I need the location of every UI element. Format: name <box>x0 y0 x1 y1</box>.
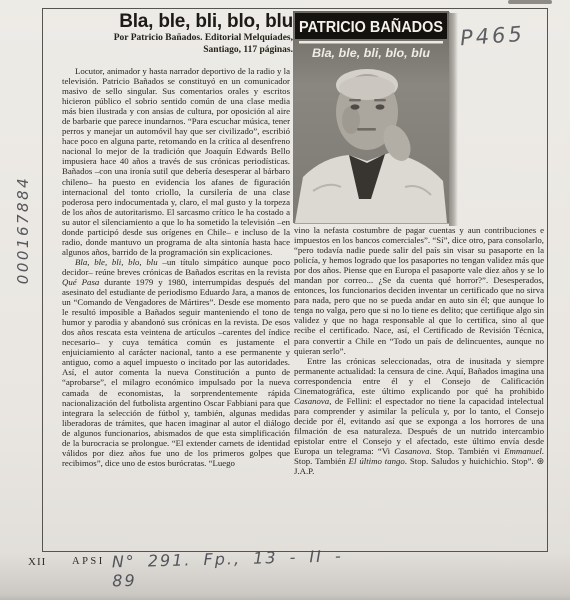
paragraph: Entre las crónicas seleccionadas, otra d… <box>294 356 544 477</box>
article-column-left: Locutor, animador y hasta narrador depor… <box>62 66 290 468</box>
cover-rule <box>299 41 443 44</box>
catalog-number-annotation: 000167884 <box>14 151 30 309</box>
byline-line-2: Santiago, 117 páginas. <box>63 45 293 57</box>
byline-line-1: Por Patricio Bañados. Editorial Melquiad… <box>63 33 293 45</box>
article-header: Bla, ble, bli, blo, blu Por Patricio Bañ… <box>63 11 295 56</box>
code-annotation: P465 <box>459 22 525 50</box>
paragraph: vino la nefasta costumbre de pagar cuent… <box>294 225 544 356</box>
article-border-box: Bla, ble, bli, blo, blu Por Patricio Bañ… <box>42 8 548 552</box>
portrait-photo: PATRICIO BAÑADOS Bla, ble, bli, blo, blu <box>293 11 449 223</box>
article-byline: Por Patricio Bañados. Editorial Melquiad… <box>63 33 295 56</box>
page-number-roman: XII <box>28 556 46 568</box>
article-title: Bla, ble, bli, blo, blu <box>63 11 295 32</box>
paragraph: Locutor, animador y hasta narrador depor… <box>62 66 290 257</box>
cover-caption: Bla, ble, bli, blo, blu <box>312 48 430 60</box>
book-cover-photo: PATRICIO BAÑADOS Bla, ble, bli, blo, blu <box>293 11 449 223</box>
cover-banner-title: PATRICIO BAÑADOS <box>299 18 443 36</box>
article-column-right: vino la nefasta costumbre de pagar cuent… <box>294 225 544 476</box>
scan-artifact <box>508 0 552 4</box>
photo-cut-edge <box>449 13 458 226</box>
issue-date-annotation: N° 291. Fp., 13 - II - 89 <box>112 546 373 591</box>
publication-name: APSI <box>72 556 105 567</box>
paragraph: Bla, ble, bli, blo, blu –un título simpá… <box>62 257 290 468</box>
scanned-press-clipping: { "clipping": { "title": "Bla, ble, bli,… <box>0 0 570 600</box>
